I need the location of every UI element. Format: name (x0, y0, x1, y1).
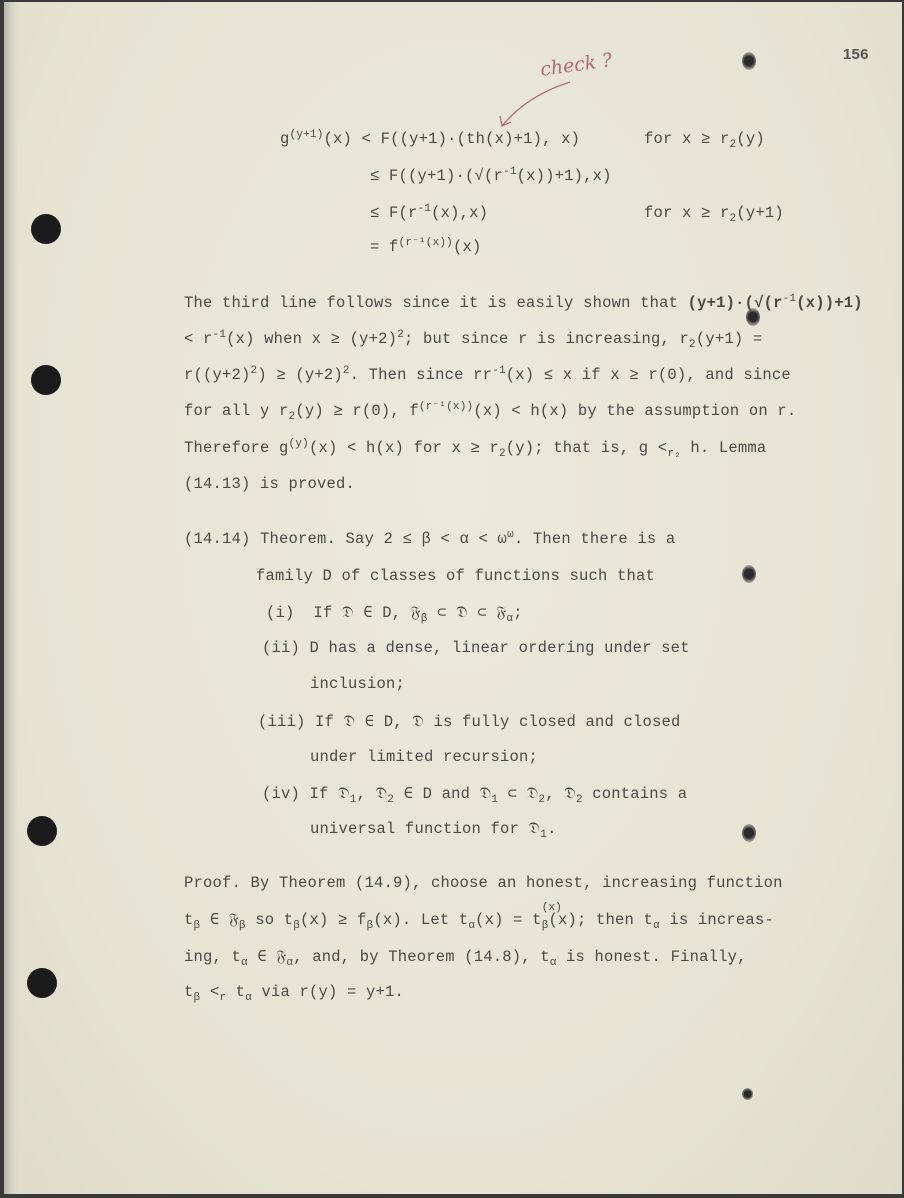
proof-line: tβ ∈ 𝔉β so tβ(x) ≥ fβ(x). Let tα(x) = t(… (184, 910, 774, 929)
theorem-item-iv: (iv) If 𝔇1, 𝔇2 ∈ D and 𝔇1 ⊂ 𝔇2, 𝔇2 conta… (262, 784, 687, 803)
annotation-arrow-icon (490, 76, 580, 136)
equation-line-2: ≤ F((y+1)·(√(r-1(x))+1),x) (370, 167, 612, 185)
equation-condition-1: for x ≥ r2(y) (644, 130, 765, 148)
ink-smudge (742, 565, 756, 583)
punch-hole-icon (31, 214, 61, 244)
proof-line: Proof. By Theorem (14.9), choose an hone… (184, 874, 783, 892)
page-number: 156 (843, 46, 869, 63)
theorem-item-i: (i) If 𝔇 ∈ D, 𝔉β ⊂ 𝔇 ⊂ 𝔉α; (266, 603, 523, 622)
paragraph-line: < r-1(x) when x ≥ (y+2)2; but since r is… (184, 330, 762, 348)
theorem-item-iii: (iii) If 𝔇 ∈ D, 𝔇 is fully closed and cl… (258, 712, 681, 731)
proof-line: ing, tα ∈ 𝔉α, and, by Theorem (14.8), tα… (184, 947, 747, 966)
page-edge-shadow (4, 2, 18, 1194)
paragraph-line: (14.13) is proved. (184, 475, 355, 493)
ink-smudge (742, 824, 756, 842)
paragraph-line: r((y+2)2) ≥ (y+2)2. Then since rr-1(x) ≤… (184, 366, 791, 384)
paragraph-line: The third line follows since it is easil… (184, 294, 863, 312)
equation-line-1: g(y+1)(x) < F((y+1)·(th(x)+1), x) (280, 130, 580, 148)
theorem-item-iii-cont: under limited recursion; (310, 748, 538, 766)
equation-line-4: = f(r⁻¹(x))(x) (370, 238, 482, 256)
equation-line-3: ≤ F(r-1(x),x) (370, 204, 488, 222)
theorem-item-ii-cont: inclusion; (310, 675, 405, 693)
punch-hole-icon (31, 365, 61, 395)
theorem-heading: (14.14) Theorem. Say 2 ≤ β < α < ωω. The… (184, 530, 675, 548)
proof-line: tβ <r tα via r(y) = y+1. (184, 983, 404, 1001)
punch-hole-icon (27, 968, 57, 998)
theorem-label: (14.14) Theorem. (184, 530, 336, 548)
equation-condition-3: for x ≥ r2(y+1) (644, 204, 784, 222)
theorem-item-ii: (ii) D has a dense, linear ordering unde… (262, 639, 690, 657)
theorem-line: family D of classes of functions such th… (256, 567, 655, 585)
paragraph-line: for all y r2(y) ≥ r(0), f(r⁻¹(x))(x) < h… (184, 402, 796, 420)
document-page: 156 check ? g(y+1)(x) < F((y+1)·(th(x)+1… (4, 2, 902, 1194)
theorem-item-iv-cont: universal function for 𝔇1. (310, 820, 557, 838)
ink-smudge (742, 1088, 753, 1100)
punch-hole-icon (27, 816, 57, 846)
paragraph-line: Therefore g(y)(x) < h(x) for x ≥ r2(y); … (184, 439, 766, 457)
ink-smudge (742, 52, 756, 70)
